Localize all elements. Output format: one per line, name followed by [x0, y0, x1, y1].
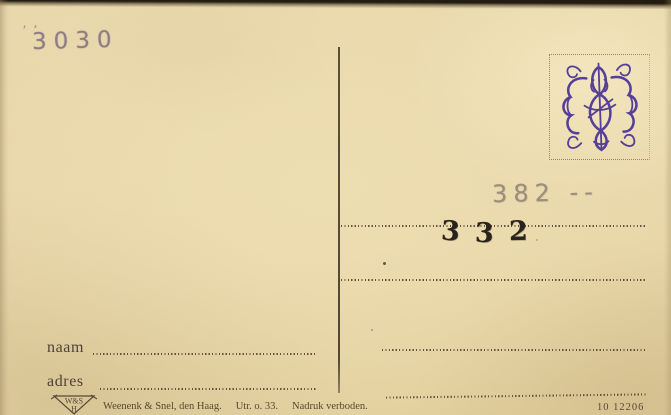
paper-speck	[383, 262, 386, 265]
address-line-3	[382, 349, 646, 351]
scan-edge-top	[0, 0, 671, 9]
print-number: 10 12206	[597, 402, 644, 413]
monogram-icon	[552, 56, 647, 157]
name-label: naam	[47, 339, 84, 357]
paper-speck	[371, 329, 373, 331]
name-line	[93, 353, 317, 355]
handwritten-number: 3030	[32, 27, 119, 55]
address-line-4	[386, 393, 646, 398]
address-label: adres	[47, 373, 84, 391]
number-stamp: 3 3 2	[441, 216, 538, 247]
scan-edge-left	[0, 0, 9, 415]
series-text: Utr. o. 33.	[236, 401, 278, 412]
paper-speck	[536, 239, 538, 241]
stamp-digit: 3	[440, 216, 460, 248]
stamp-box	[549, 54, 650, 160]
stamp-digit: 2	[508, 216, 527, 247]
logo-text-bottom: H	[71, 405, 77, 414]
gray-number-stamp: 382 --	[492, 178, 599, 208]
address-line-2	[341, 279, 646, 281]
postcard-back-scan: 3030	[0, 0, 671, 415]
stamp-digit: 3	[474, 218, 494, 250]
rights-text: Nadruk verboden.	[292, 401, 368, 412]
address-field-line	[100, 388, 317, 390]
scan-edge-right	[664, 0, 671, 415]
weenenk-snel-logo-icon: W&S H	[51, 394, 97, 415]
imprint-text: Weenenk & Snel, den Haag.	[103, 401, 222, 412]
publisher-imprint: Weenenk & Snel, den Haag.Utr. o. 33.Nadr…	[103, 401, 382, 412]
publisher-logo: W&S H	[51, 394, 97, 415]
message-address-divider	[338, 47, 340, 393]
